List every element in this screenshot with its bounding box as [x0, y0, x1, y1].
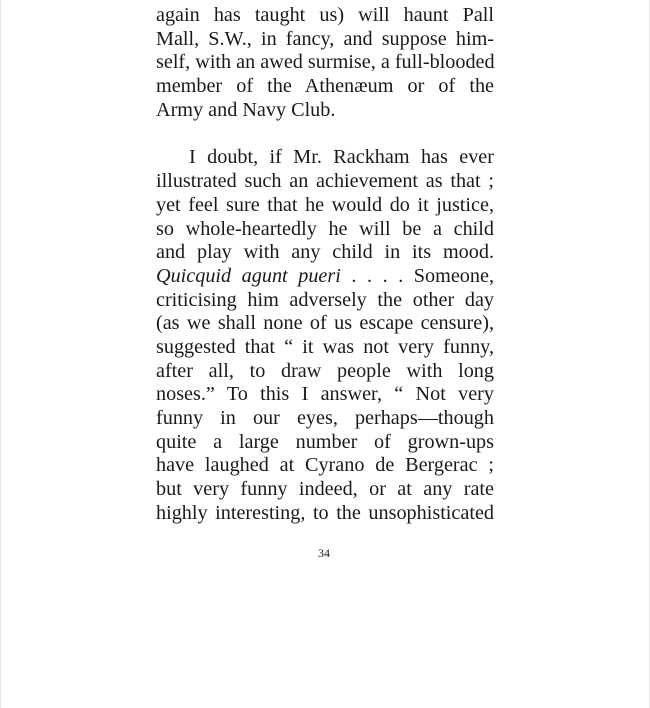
body-text: again has taught us) will haunt Pall Mal… — [156, 4, 494, 525]
text-line: and play with any child in its mood. — [156, 241, 494, 265]
text-line: illustrated such an achievement as that … — [156, 170, 494, 194]
text-line: highly interesting, to the unsophisticat… — [156, 502, 494, 526]
text-fragment: . . . . Someone, — [341, 265, 494, 287]
text-line: quite a large number of grown-ups — [156, 431, 494, 455]
paragraph-2: I doubt, if Mr. Rackham has ever illustr… — [156, 146, 494, 525]
book-page: again has taught us) will haunt Pall Mal… — [0, 0, 650, 708]
text-line: again has taught us) will haunt Pall — [156, 4, 494, 28]
text-line-latin-quote: Quicquid agunt pueri . . . . Someone, — [156, 265, 494, 289]
text-line: noses.” To this I answer, “ Not very — [156, 383, 494, 407]
text-line: funny in our eyes, perhaps—though — [156, 407, 494, 431]
text-line: Army and Navy Club. — [156, 99, 494, 123]
text-line: I doubt, if Mr. Rackham has ever — [156, 146, 494, 170]
latin-phrase: Quicquid agunt pueri — [156, 265, 341, 287]
text-line: but very funny indeed, or at any rate — [156, 478, 494, 502]
text-line: member of the Athenæum or of the — [156, 75, 494, 99]
text-line: yet feel sure that he would do it justic… — [156, 194, 494, 218]
text-line: self, with an awed surmise, a full-blood… — [156, 51, 494, 75]
text-line: Mall, S.W., in fancy, and suppose him- — [156, 28, 494, 52]
text-line: (as we shall none of us escape censure), — [156, 312, 494, 336]
page-number: 34 — [301, 546, 347, 561]
text-line: suggested that “ it was not very funny, — [156, 336, 494, 360]
text-line: so whole-heartedly he will be a child — [156, 218, 494, 242]
text-line: after all, to draw people with long — [156, 360, 494, 384]
paragraph-1: again has taught us) will haunt Pall Mal… — [156, 4, 494, 122]
paragraph-gap — [156, 122, 494, 146]
text-line: criticising him adversely the other day — [156, 289, 494, 313]
text-line: have laughed at Cyrano de Bergerac ; — [156, 454, 494, 478]
